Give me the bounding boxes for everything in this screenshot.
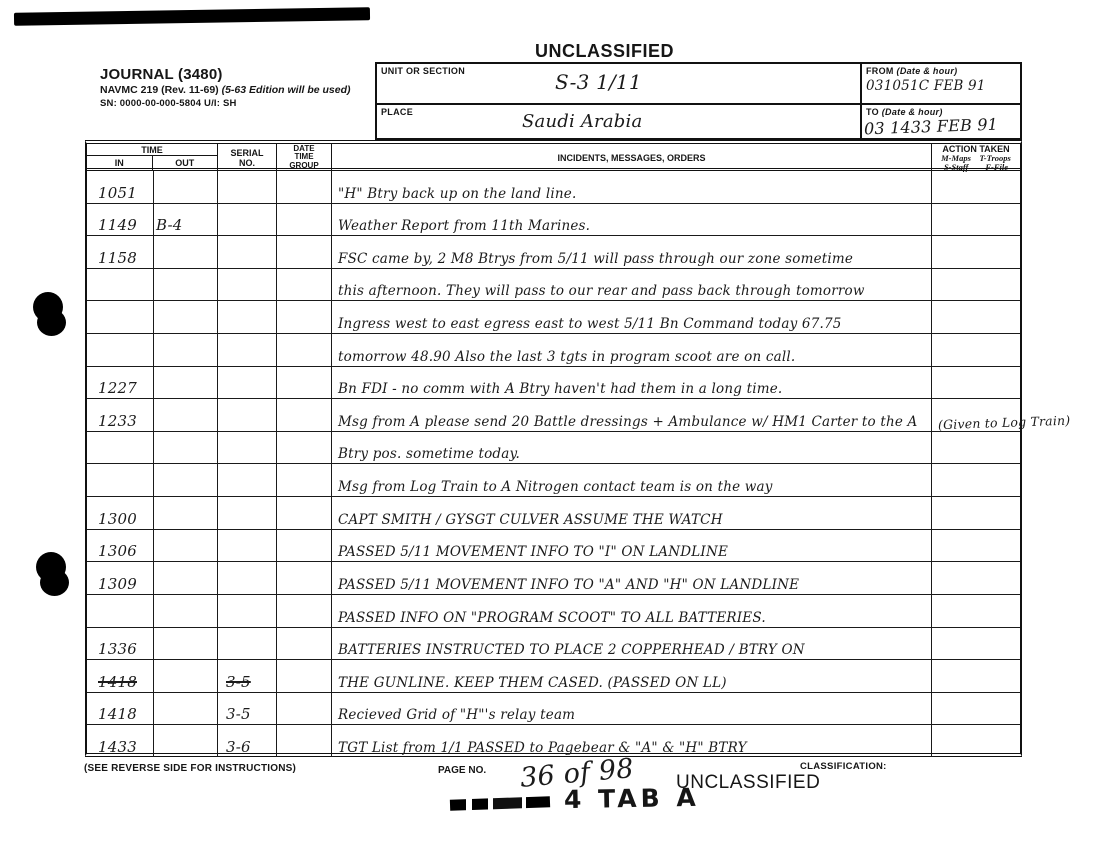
date-time-group-cell — [277, 367, 332, 399]
time-in-cell: 1233 — [87, 399, 154, 431]
serial-no-cell-text — [218, 430, 228, 431]
serial-no-cell — [218, 464, 277, 496]
time-out-cell-text — [154, 332, 158, 333]
journal-row: 14183-5Recieved Grid of "H"'s relay team — [87, 693, 1020, 726]
hole-punch-mark — [36, 552, 66, 582]
action-taken-cell — [932, 204, 1024, 236]
time-in-cell-text: 1158 — [87, 249, 139, 268]
time-in-cell: 1051 — [87, 171, 154, 203]
time-out-cell — [154, 236, 218, 268]
form-header-boxes: UNIT OR SECTION S-3 1/11 FROM (Date & ho… — [375, 62, 1022, 140]
date-time-group-cell — [277, 497, 332, 529]
date-time-group-cell — [277, 399, 332, 431]
time-out-cell — [154, 562, 218, 594]
journal-row: PASSED INFO ON "PROGRAM SCOOT" TO ALL BA… — [87, 595, 1020, 628]
time-in-cell-text — [87, 626, 100, 627]
date-time-group-cell — [277, 562, 332, 594]
action-taken-cell — [932, 595, 1024, 627]
time-out-cell — [154, 464, 218, 496]
action-taken-cell-text — [932, 756, 940, 757]
time-out-cell — [154, 693, 218, 725]
date-time-group-cell-text — [277, 430, 285, 431]
journal-row: Ingress west to east egress east to west… — [87, 301, 1020, 334]
serial-no-cell-text: 3-5 — [218, 673, 253, 692]
action-taken-cell-text — [932, 397, 940, 398]
message-cell: PASSED INFO ON "PROGRAM SCOOT" TO ALL BA… — [332, 595, 932, 627]
time-in-cell: 1309 — [87, 562, 154, 594]
time-out-cell — [154, 399, 218, 431]
message-cell: Btry pos. sometime today. — [332, 432, 932, 464]
message-cell-text: Ingress west to east egress east to west… — [332, 316, 844, 333]
date-time-group-cell-text — [277, 332, 285, 333]
serial-no-cell-text — [218, 332, 228, 333]
form-number: NAVMC 219 (Rev. 11-69) (5-63 Edition wil… — [100, 84, 370, 96]
unit-or-section-label: UNIT OR SECTION — [381, 66, 465, 76]
date-time-group-cell — [277, 204, 332, 236]
time-in-cell: 1418 — [87, 693, 154, 725]
dtg-header-line3: GROUP — [289, 162, 318, 171]
serial-no-cell — [218, 497, 277, 529]
serial-no-cell-text — [218, 495, 228, 496]
message-cell: Msg from Log Train to A Nitrogen contact… — [332, 464, 932, 496]
time-out-cell-text: B-4 — [154, 216, 185, 235]
time-out-cell — [154, 628, 218, 660]
time-out-cell-text — [154, 430, 158, 431]
serial-no-cell — [218, 236, 277, 268]
action-taken-cell-text — [932, 201, 940, 202]
action-taken-cell: (Given to Log Train) — [932, 399, 1024, 431]
message-cell-text: Btry pos. sometime today. — [332, 446, 522, 463]
action-taken-cell — [932, 269, 1024, 301]
action-taken-cell — [932, 530, 1024, 562]
time-in-cell-text: 1300 — [87, 510, 139, 529]
time-out-cell-text — [154, 723, 158, 724]
time-in-cell-text: 1149 — [87, 216, 139, 235]
journal-row: 14183-5THE GUNLINE. KEEP THEM CASED. (PA… — [87, 660, 1020, 693]
time-out-cell-text — [154, 658, 158, 659]
date-time-group-cell-text — [277, 365, 285, 366]
column-header-date-time-group: DATE TIME GROUP — [277, 144, 332, 171]
serial-no-cell-text — [218, 462, 228, 463]
message-cell-text: Msg from Log Train to A Nitrogen contact… — [332, 479, 775, 496]
time-in-cell-text: 1051 — [87, 184, 139, 203]
action-taken-cell — [932, 464, 1024, 496]
time-out-cell — [154, 660, 218, 692]
serial-no-cell-text — [218, 626, 228, 627]
action-taken-cell — [932, 171, 1024, 203]
column-header-incidents: INCIDENTS, MESSAGES, ORDERS — [332, 144, 932, 171]
message-cell: Msg from A please send 20 Battle dressin… — [332, 399, 932, 431]
action-taken-cell — [932, 432, 1024, 464]
time-out-cell — [154, 269, 218, 301]
message-cell: Bn FDI - no comm with A Btry haven't had… — [332, 367, 932, 399]
time-out-cell-text — [154, 756, 158, 757]
action-taken-cell — [932, 497, 1024, 529]
action-taken-cell-text — [932, 691, 940, 692]
journal-row: 1300CAPT SMITH / GYSGT CULVER ASSUME THE… — [87, 497, 1020, 530]
date-time-group-cell-text — [277, 495, 285, 496]
serial-no-cell-text — [218, 560, 228, 561]
date-time-group-cell — [277, 236, 332, 268]
time-out-cell-text — [154, 267, 158, 268]
redaction-bar — [14, 7, 370, 26]
date-time-group-cell — [277, 334, 332, 366]
time-in-cell-text: 1418 — [87, 673, 139, 692]
date-time-group-cell-text — [277, 723, 285, 724]
message-cell-text: this afternoon. They will pass to our re… — [332, 283, 867, 300]
message-cell: tomorrow 48.90 Also the last 3 tgts in p… — [332, 334, 932, 366]
column-header-time: TIME IN OUT — [87, 144, 218, 171]
date-time-group-cell-text — [277, 658, 285, 659]
to-label-note: (Date & hour) — [882, 107, 943, 117]
serial-no-cell-text — [218, 593, 228, 594]
action-taken-cell — [932, 301, 1024, 333]
action-taken-cell — [932, 660, 1024, 692]
time-in-cell: 1433 — [87, 725, 154, 757]
time-out-cell — [154, 334, 218, 366]
journal-row: 1227Bn FDI - no comm with A Btry haven't… — [87, 367, 1020, 400]
date-time-group-cell-text — [277, 560, 285, 561]
date-time-group-cell — [277, 530, 332, 562]
action-taken-cell — [932, 367, 1024, 399]
date-time-group-cell-text — [277, 234, 285, 235]
message-cell-text: Recieved Grid of "H"'s relay team — [332, 707, 577, 724]
time-in-cell-text — [87, 299, 100, 300]
time-out-cell-text — [154, 397, 158, 398]
message-cell: Weather Report from 11th Marines. — [332, 204, 932, 236]
stock-number: SN: 0000-00-000-5804 U/I: SH — [100, 98, 370, 109]
serial-no-cell: 3-5 — [218, 693, 277, 725]
time-out-cell-text — [154, 495, 158, 496]
action-taken-keys-line2: S-Staff F-File — [944, 163, 1008, 172]
serial-no-cell — [218, 301, 277, 333]
serial-no-cell — [218, 334, 277, 366]
serial-no-cell-text — [218, 202, 228, 203]
time-in-cell: 1336 — [87, 628, 154, 660]
journal-row: 1306PASSED 5/11 MOVEMENT INFO TO "I" ON … — [87, 530, 1020, 563]
action-taken-cell — [932, 334, 1024, 366]
time-out-cell-text — [154, 560, 158, 561]
column-header-serial-no: SERIAL NO. — [218, 144, 277, 171]
form-edition-note: (5-63 Edition will be used) — [222, 84, 351, 96]
time-in-cell-text — [87, 365, 100, 366]
date-time-group-cell-text — [277, 299, 285, 300]
serial-no-cell-text: 3-6 — [218, 738, 253, 757]
date-time-group-cell-text — [277, 626, 285, 627]
date-time-group-cell — [277, 595, 332, 627]
action-taken-cell — [932, 725, 1024, 757]
place-label: PLACE — [381, 107, 413, 117]
message-cell-text: Weather Report from 11th Marines. — [332, 218, 592, 235]
date-time-group-cell — [277, 725, 332, 757]
journal-row: tomorrow 48.90 Also the last 3 tgts in p… — [87, 334, 1020, 367]
message-cell-text: "H" Btry back up on the land line. — [332, 186, 578, 203]
message-cell: Ingress west to east egress east to west… — [332, 301, 932, 333]
date-time-group-cell-text — [277, 267, 285, 268]
to-date-box: TO (Date & hour) 03 1433 FEB 91 — [860, 103, 1020, 138]
time-in-cell-text — [87, 495, 100, 496]
time-in-cell — [87, 595, 154, 627]
message-cell: FSC came by, 2 M8 Btrys from 5/11 will p… — [332, 236, 932, 268]
serial-no-cell-text — [218, 658, 228, 659]
serial-no-cell: 3-6 — [218, 725, 277, 757]
serial-no-cell-text — [218, 234, 228, 235]
journal-row: Btry pos. sometime today. — [87, 432, 1020, 465]
message-cell: BATTERIES INSTRUCTED TO PLACE 2 COPPERHE… — [332, 628, 932, 660]
message-cell: PASSED 5/11 MOVEMENT INFO TO "A" AND "H"… — [332, 562, 932, 594]
date-time-group-cell — [277, 660, 332, 692]
from-label-text: FROM — [866, 66, 894, 76]
journal-rows: 1051"H" Btry back up on the land line.11… — [87, 171, 1020, 757]
message-cell-text: CAPT SMITH / GYSGT CULVER ASSUME THE WAT… — [332, 512, 725, 529]
column-header-action-taken: ACTION TAKEN M-Maps T-Troops S-Staff F-F… — [932, 144, 1020, 171]
time-out-cell-text — [154, 202, 158, 203]
serial-no-cell — [218, 204, 277, 236]
date-time-group-cell — [277, 171, 332, 203]
classification-label: CLASSIFICATION: — [800, 761, 887, 772]
message-cell-text: Bn FDI - no comm with A Btry haven't had… — [332, 381, 784, 398]
journal-row: this afternoon. They will pass to our re… — [87, 269, 1020, 302]
message-cell: PASSED 5/11 MOVEMENT INFO TO "I" ON LAND… — [332, 530, 932, 562]
serial-no-cell — [218, 367, 277, 399]
serial-no-cell — [218, 269, 277, 301]
message-cell-text: tomorrow 48.90 Also the last 3 tgts in p… — [332, 349, 797, 366]
time-in-cell: 1300 — [87, 497, 154, 529]
scanned-journal-page: UNCLASSIFIED JOURNAL (3480) NAVMC 219 (R… — [0, 0, 1094, 850]
date-time-group-cell-text — [277, 528, 285, 529]
reverse-side-instructions: (SEE REVERSE SIDE FOR INSTRUCTIONS) — [84, 763, 296, 774]
time-in-cell-text: 1433 — [87, 738, 139, 757]
date-time-group-cell-text — [277, 462, 285, 463]
journal-row: 1149B-4Weather Report from 11th Marines. — [87, 204, 1020, 237]
from-date-value: 031051C FEB 91 — [866, 78, 986, 94]
classification-banner-top: UNCLASSIFIED — [535, 41, 674, 62]
time-out-cell — [154, 171, 218, 203]
date-time-group-cell-text — [277, 756, 285, 757]
serial-no-cell-text — [218, 365, 228, 366]
action-taken-cell-text — [932, 658, 940, 659]
date-time-group-cell-text — [277, 202, 285, 203]
from-date-box: FROM (Date & hour) 031051C FEB 91 — [860, 64, 1020, 103]
action-taken-cell-text — [932, 593, 940, 594]
date-time-group-cell-text — [277, 691, 285, 692]
action-taken-cell-text — [932, 299, 940, 300]
to-label-text: TO — [866, 107, 879, 117]
time-in-cell: 1227 — [87, 367, 154, 399]
time-out-cell-text — [154, 626, 158, 627]
serial-no-cell-text — [218, 299, 228, 300]
action-taken-cell-text — [932, 495, 940, 496]
time-out-cell: B-4 — [154, 204, 218, 236]
message-cell-text: FSC came by, 2 M8 Btrys from 5/11 will p… — [332, 251, 855, 268]
message-cell-text: PASSED 5/11 MOVEMENT INFO TO "I" ON LAND… — [332, 544, 730, 561]
time-out-cell — [154, 530, 218, 562]
journal-row: 1158FSC came by, 2 M8 Btrys from 5/11 wi… — [87, 236, 1020, 269]
serial-header-line1: SERIAL — [230, 148, 263, 158]
time-in-cell-text: 1227 — [87, 379, 139, 398]
message-cell: THE GUNLINE. KEEP THEM CASED. (PASSED ON… — [332, 660, 932, 692]
time-out-cell-text — [154, 365, 158, 366]
time-out-cell — [154, 367, 218, 399]
message-cell-text: Msg from A please send 20 Battle dressin… — [332, 414, 920, 431]
action-taken-cell-text — [932, 625, 940, 626]
action-taken-cell — [932, 562, 1024, 594]
serial-header-line2: NO. — [239, 158, 255, 168]
time-in-cell — [87, 464, 154, 496]
from-date-label: FROM (Date & hour) — [866, 66, 957, 76]
journal-row: 1233Msg from A please send 20 Battle dre… — [87, 399, 1020, 432]
time-out-cell-text — [154, 462, 158, 463]
journal-row: 1051"H" Btry back up on the land line. — [87, 171, 1020, 204]
journal-row: 1309PASSED 5/11 MOVEMENT INFO TO "A" AND… — [87, 562, 1020, 595]
message-cell: "H" Btry back up on the land line. — [332, 171, 932, 203]
time-out-cell-text — [154, 593, 158, 594]
to-date-label: TO (Date & hour) — [866, 107, 943, 117]
time-in-cell: 1306 — [87, 530, 154, 562]
action-taken-cell-text — [932, 560, 940, 561]
message-cell-text: THE GUNLINE. KEEP THEM CASED. (PASSED ON… — [332, 675, 729, 692]
scribbled-out-mark — [450, 796, 550, 810]
date-time-group-cell — [277, 628, 332, 660]
action-taken-cell-text — [932, 365, 940, 366]
date-time-group-cell — [277, 693, 332, 725]
time-out-cell — [154, 432, 218, 464]
place-value: Saudi Arabia — [522, 111, 642, 132]
serial-no-cell-text — [218, 528, 228, 529]
time-out-cell — [154, 595, 218, 627]
serial-no-cell — [218, 562, 277, 594]
date-time-group-cell — [277, 269, 332, 301]
journal-table: TIME IN OUT SERIAL NO. DATE TIME GROUP I… — [85, 140, 1022, 757]
time-in-cell — [87, 269, 154, 301]
time-in-out-headers: IN OUT — [87, 156, 217, 171]
from-label-note: (Date & hour) — [897, 66, 958, 76]
hole-punch-mark — [33, 292, 63, 322]
time-in-cell — [87, 301, 154, 333]
message-cell-text: BATTERIES INSTRUCTED TO PLACE 2 COPPERHE… — [332, 642, 807, 659]
date-time-group-cell — [277, 301, 332, 333]
page-number-label: PAGE NO. — [438, 765, 486, 776]
message-cell-text: PASSED 5/11 MOVEMENT INFO TO "A" AND "H"… — [332, 577, 801, 594]
time-in-cell: 1418 — [87, 660, 154, 692]
time-in-cell-text: 1309 — [87, 575, 139, 594]
message-cell: Recieved Grid of "H"'s relay team — [332, 693, 932, 725]
action-taken-cell-text — [932, 267, 940, 268]
time-in-cell-text — [87, 462, 100, 463]
time-in-cell-text: 1418 — [87, 705, 139, 724]
action-taken-cell-text — [932, 234, 940, 235]
action-taken-cell-text — [932, 462, 940, 463]
date-time-group-cell-text — [277, 397, 285, 398]
serial-no-cell — [218, 628, 277, 660]
time-header-label: TIME — [87, 144, 217, 156]
serial-no-cell — [218, 171, 277, 203]
action-taken-cell-text — [932, 528, 940, 529]
unit-or-section-box: UNIT OR SECTION S-3 1/11 — [377, 64, 860, 103]
journal-row: Msg from Log Train to A Nitrogen contact… — [87, 464, 1020, 497]
serial-no-cell — [218, 595, 277, 627]
column-header-out: OUT — [153, 156, 218, 171]
time-out-cell — [154, 725, 218, 757]
form-title: JOURNAL (3480) — [100, 66, 370, 83]
unit-or-section-value: S-3 1/11 — [555, 70, 642, 94]
time-in-cell-text: 1233 — [87, 412, 139, 431]
date-time-group-cell — [277, 464, 332, 496]
message-cell: CAPT SMITH / GYSGT CULVER ASSUME THE WAT… — [332, 497, 932, 529]
time-in-cell — [87, 432, 154, 464]
journal-table-header: TIME IN OUT SERIAL NO. DATE TIME GROUP I… — [87, 144, 1020, 171]
time-out-cell-text — [154, 299, 158, 300]
time-in-cell-text — [87, 332, 100, 333]
time-out-cell-text — [154, 528, 158, 529]
time-in-cell — [87, 334, 154, 366]
form-identification-block: JOURNAL (3480) NAVMC 219 (Rev. 11-69) (5… — [100, 66, 370, 109]
column-header-in: IN — [87, 156, 153, 171]
time-out-cell-text — [154, 691, 158, 692]
action-taken-cell — [932, 236, 1024, 268]
date-time-group-cell-text — [277, 593, 285, 594]
action-taken-cell-text — [932, 723, 940, 724]
time-in-cell-text: 1306 — [87, 542, 139, 561]
journal-row: 14333-6TGT List from 1/1 PASSED to Pageb… — [87, 725, 1020, 757]
serial-no-cell — [218, 399, 277, 431]
tab-stamp: 4 TAB A — [564, 783, 700, 814]
time-in-cell: 1149 — [87, 204, 154, 236]
time-out-cell — [154, 497, 218, 529]
place-box: PLACE Saudi Arabia — [377, 103, 860, 138]
time-out-cell — [154, 301, 218, 333]
message-cell-text: TGT List from 1/1 PASSED to Pagebear & "… — [332, 740, 749, 757]
action-taken-cell-text — [932, 332, 940, 333]
message-cell-text: PASSED INFO ON "PROGRAM SCOOT" TO ALL BA… — [332, 610, 768, 627]
to-date-value: 03 1433 FEB 91 — [864, 115, 999, 139]
journal-row: 1336BATTERIES INSTRUCTED TO PLACE 2 COPP… — [87, 628, 1020, 661]
serial-no-cell — [218, 530, 277, 562]
form-number-text: NAVMC 219 (Rev. 11-69) — [100, 84, 219, 96]
message-cell: this afternoon. They will pass to our re… — [332, 269, 932, 301]
action-taken-cell-text: (Given to Log Train) — [932, 412, 1073, 433]
time-in-cell-text: 1336 — [87, 640, 139, 659]
action-taken-cell — [932, 693, 1024, 725]
action-taken-cell — [932, 628, 1024, 660]
serial-no-cell-text — [218, 267, 228, 268]
time-in-cell: 1158 — [87, 236, 154, 268]
date-time-group-cell — [277, 432, 332, 464]
serial-no-cell-text — [218, 397, 228, 398]
serial-no-cell-text: 3-5 — [218, 705, 253, 724]
serial-no-cell — [218, 432, 277, 464]
serial-no-cell: 3-5 — [218, 660, 277, 692]
